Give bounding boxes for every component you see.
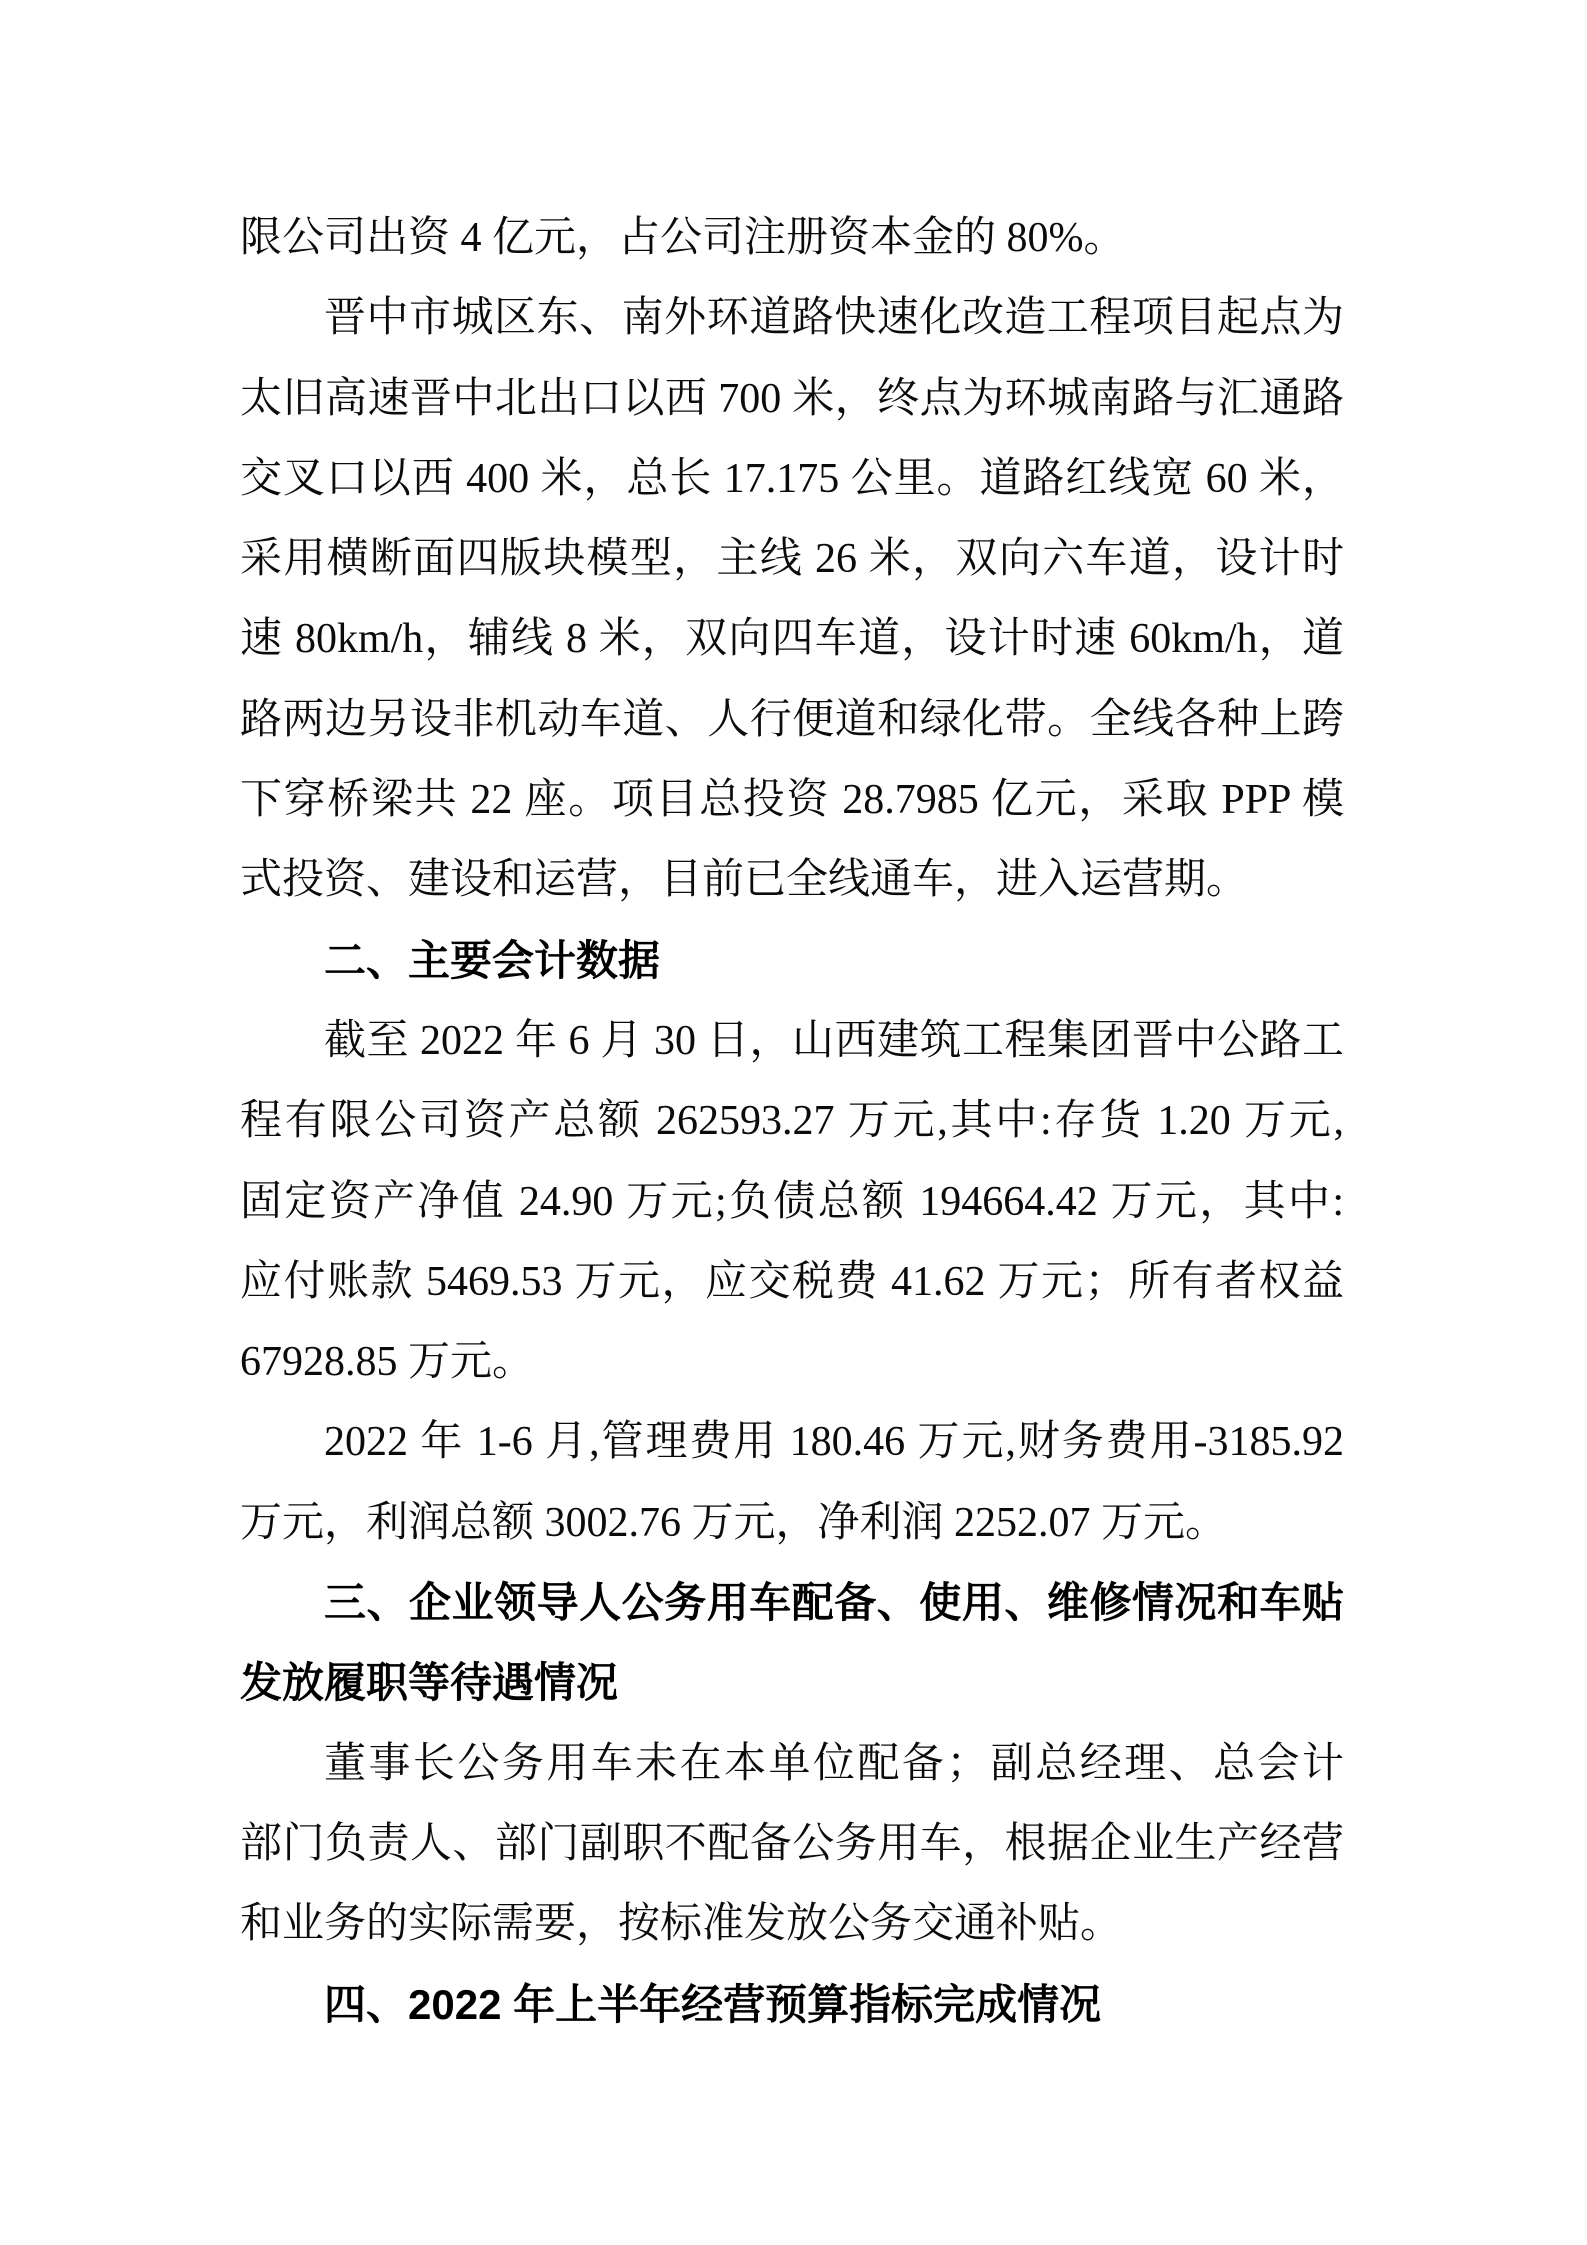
section-heading-accounting-data: 二、主要会计数据 (240, 921, 1344, 1001)
text-line: 式投资、建设和运营，目前已全线通车，进入运营期。 (240, 840, 1344, 920)
text-line: 交叉口以西 400 米，总长 17.175 公里。道路红线宽 60 米， (240, 439, 1344, 519)
text-line: 应付账款 5469.53 万元，应交税费 41.62 万元；所有者权益 (240, 1242, 1344, 1322)
text-line: 67928.85 万元。 (240, 1322, 1344, 1402)
text-line: 董事长公务用车未在本单位配备；副总经理、总会计师、 (240, 1724, 1344, 1804)
section-heading-budget-completion: 四、2022 年上半年经营预算指标完成情况 (240, 1965, 1344, 2045)
document-page: 限公司出资 4 亿元，占公司注册资本金的 80%。 晋中市城区东、南外环道路快速… (0, 0, 1587, 2245)
section-heading-company-car: 三、企业领导人公务用车配备、使用、维修情况和车贴 (240, 1563, 1344, 1643)
text-line: 太旧高速晋中北出口以西 700 米，终点为环城南路与汇通路 (240, 359, 1344, 439)
text-line: 程有限公司资产总额 262593.27 万元,其中:存货 1.20 万元, (240, 1081, 1344, 1161)
text-line: 速 80km/h，辅线 8 米，双向四车道，设计时速 60km/h，道 (240, 599, 1344, 679)
text-line: 万元，利润总额 3002.76 万元，净利润 2252.07 万元。 (240, 1483, 1344, 1563)
text-line: 采用横断面四版块模型，主线 26 米，双向六车道，设计时 (240, 519, 1344, 599)
text-line: 部门负责人、部门副职不配备公务用车，根据企业生产经营 (240, 1804, 1344, 1884)
text-line: 路两边另设非机动车道、人行便道和绿化带。全线各种上跨 (240, 680, 1344, 760)
text-line: 固定资产净值 24.90 万元;负债总额 194664.42 万元，其中: (240, 1162, 1344, 1242)
text-line: 限公司出资 4 亿元，占公司注册资本金的 80%。 (240, 198, 1344, 278)
text-line: 和业务的实际需要，按标准发放公务交通补贴。 (240, 1884, 1344, 1964)
text-line: 晋中市城区东、南外环道路快速化改造工程项目起点为 (240, 278, 1344, 358)
section-heading-company-car-cont: 发放履职等待遇情况 (240, 1643, 1344, 1723)
text-line: 下穿桥梁共 22 座。项目总投资 28.7985 亿元，采取 PPP 模 (240, 760, 1344, 840)
document-body: 限公司出资 4 亿元，占公司注册资本金的 80%。 晋中市城区东、南外环道路快速… (240, 198, 1344, 2045)
text-line: 截至 2022 年 6 月 30 日，山西建筑工程集团晋中公路工 (240, 1001, 1344, 1081)
text-line: 2022 年 1-6 月,管理费用 180.46 万元,财务费用-3185.92 (240, 1402, 1344, 1482)
